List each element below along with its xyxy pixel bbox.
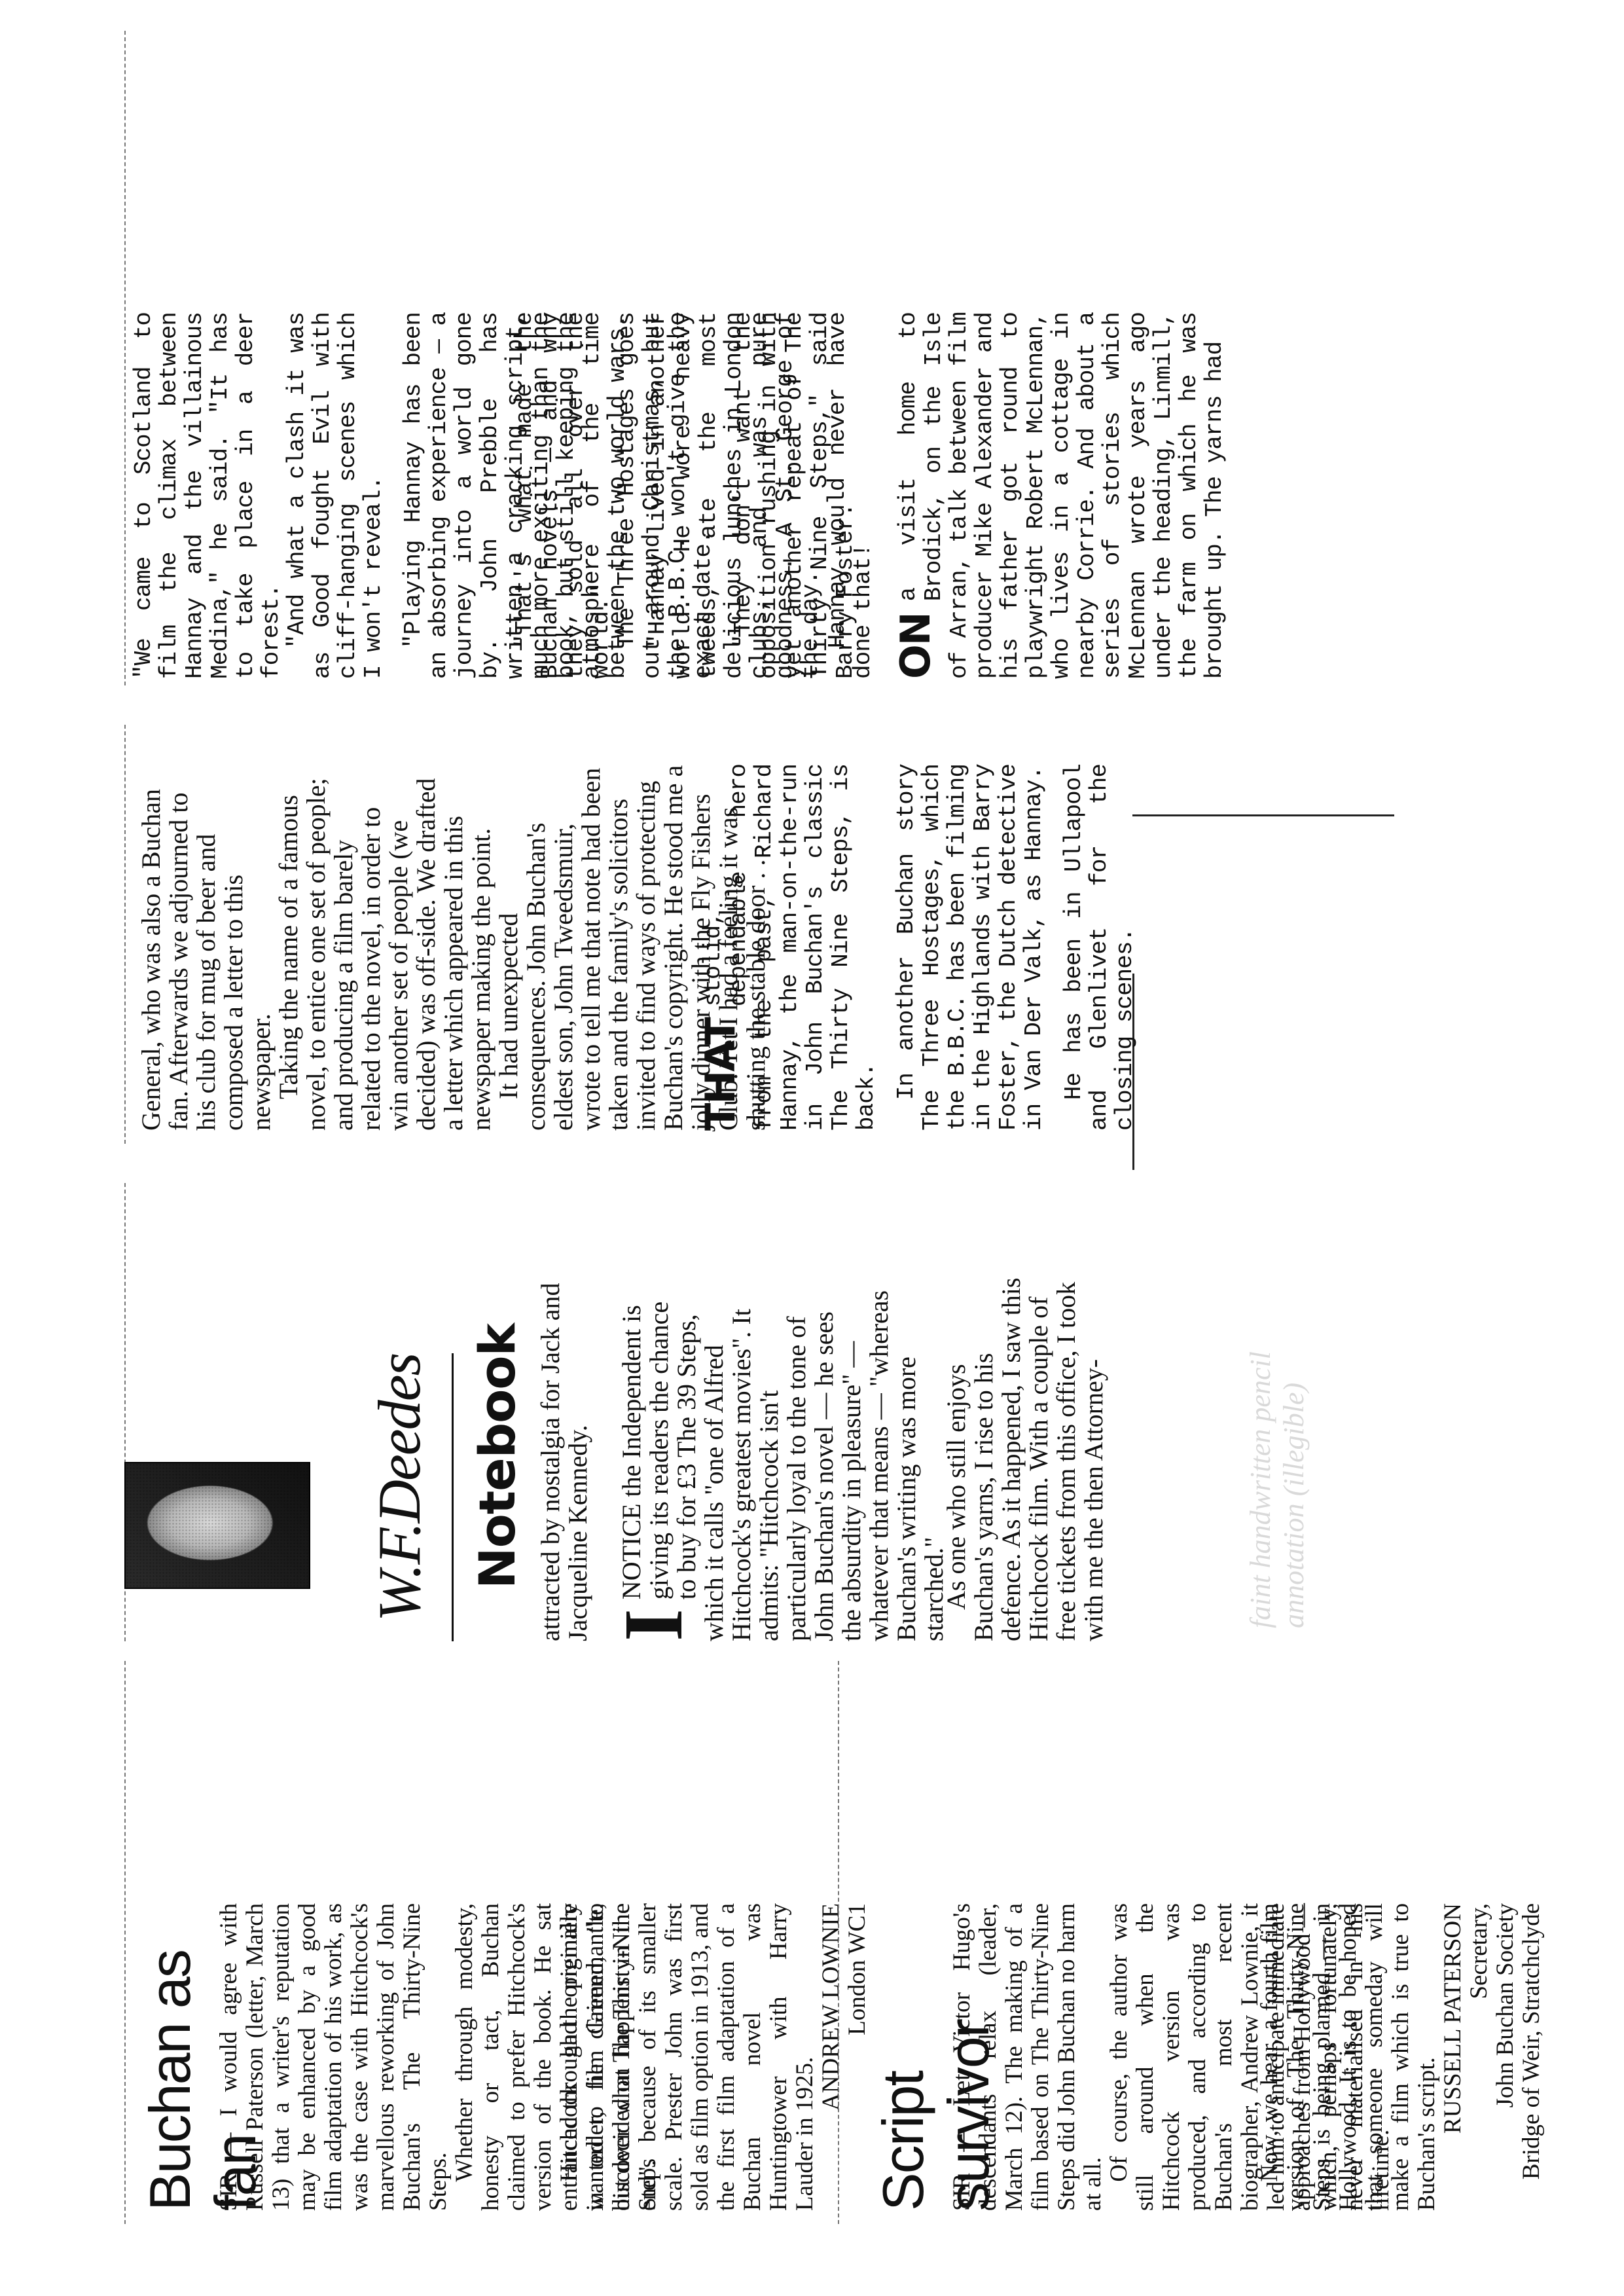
notebook-intro: attracted by nostalgia for Jack and Jacq…: [537, 1275, 592, 1641]
byline-rule: [452, 1353, 454, 1641]
hannay-paragraph: In another Buchan story The Three Hostag…: [893, 764, 1047, 1131]
letter1-paragraph: Hitchcock had originally wanted to film …: [556, 1903, 818, 2211]
letter1-signature-place: London WC1: [844, 1903, 871, 2211]
hannay-paragraph: Hannay would never have done that!: [825, 312, 876, 679]
letter2-col-2: Now, we hear, a fourth film version of T…: [1257, 1903, 1545, 2211]
hannay-article-col-1: THAT stolid, dependable hero from the pa…: [700, 764, 1138, 1131]
author-portrait-photo: [124, 1462, 310, 1589]
letter2-signature-line: John Buchan Society: [1492, 1903, 1519, 2211]
hannay-paragraph: The Three Hostages goes out around Chris…: [614, 312, 716, 679]
column-divider: [124, 31, 126, 685]
hannay-paragraph: He has been in Ullapool and Glenlivet fo…: [1061, 764, 1138, 1131]
notebook-notice-text: NOTICE the Independent is giving its rea…: [617, 1290, 948, 1641]
hannay-paragraph: "We came to Scotland to film the climax …: [131, 312, 284, 679]
arran-body: a visit home to Brodick, on the Isle of …: [895, 312, 1228, 679]
letter2-paragraph: SIR — Let Victor Hugo's descendants rela…: [949, 1903, 1106, 2211]
notebook-paragraph: General, who was also a Buchan fan. Afte…: [137, 764, 275, 1131]
handwritten-annotation: faint handwritten pencil annotation (ill…: [1244, 1301, 1310, 1628]
column-divider: [124, 1661, 126, 2224]
letter2-signature-name: RUSSELL PATERSON: [1440, 1903, 1466, 2211]
notebook-col-1: attracted by nostalgia for Jack and Jacq…: [537, 1275, 948, 1641]
byline: W.F.Deedes: [367, 1360, 432, 1622]
hannay-paragraph: "And what a clash it was as Good fought …: [284, 312, 386, 679]
drop-cap: I: [621, 1609, 686, 1641]
notebook-paragraph: As one who still enjoys Buchan's yarns, …: [943, 1275, 1108, 1641]
letter1-paragraph: SIR — I would agree with Russell Paterso…: [216, 1903, 452, 2211]
box-border: [1132, 814, 1394, 816]
column-divider: [838, 1661, 839, 2224]
hannay-article-col-3: "That's what made the Buchan novels — an…: [497, 312, 858, 679]
hannay-lead-word: THAT: [700, 1018, 741, 1131]
notebook-paragraph: I NOTICE the Independent is giving its r…: [618, 1275, 948, 1641]
letter1-col-2: Hitchcock had originally wanted to film …: [556, 1903, 871, 2211]
column-divider: [124, 725, 126, 1144]
letter2-signature-line: Bridge of Weir, Stratchclyde: [1519, 1903, 1545, 2211]
letter1-signature-name: ANDREW LOWNIE: [818, 1903, 844, 2211]
letter2-paragraph: Now, we hear, a fourth film version of T…: [1257, 1903, 1440, 2211]
notebook-continuation-col: General, who was also a Buchan fan. Afte…: [137, 764, 770, 1131]
arran-lead-word: ON: [895, 613, 936, 679]
hannay-lead-paragraph: THAT stolid, dependable hero from the pa…: [700, 764, 879, 1131]
arran-paragraph: ON a visit home to Brodick, on the Isle …: [895, 312, 1227, 679]
newspaper-clipping-page: "We came to Scotland to film the climax …: [0, 0, 1624, 2296]
notebook-col-2: As one who still enjoys Buchan's yarns, …: [943, 1275, 1108, 1641]
notebook-paragraph: Taking the name of a famous novel, to en…: [275, 764, 495, 1131]
section-title-notebook: Notebook: [471, 1327, 524, 1589]
hannay-article-col-4: Hannay would never have done that! ON a …: [825, 312, 1227, 679]
hannay-paragraph: "That's what made the Buchan novels — an…: [512, 312, 614, 679]
letter2-signature-line: Secretary,: [1466, 1903, 1492, 2211]
